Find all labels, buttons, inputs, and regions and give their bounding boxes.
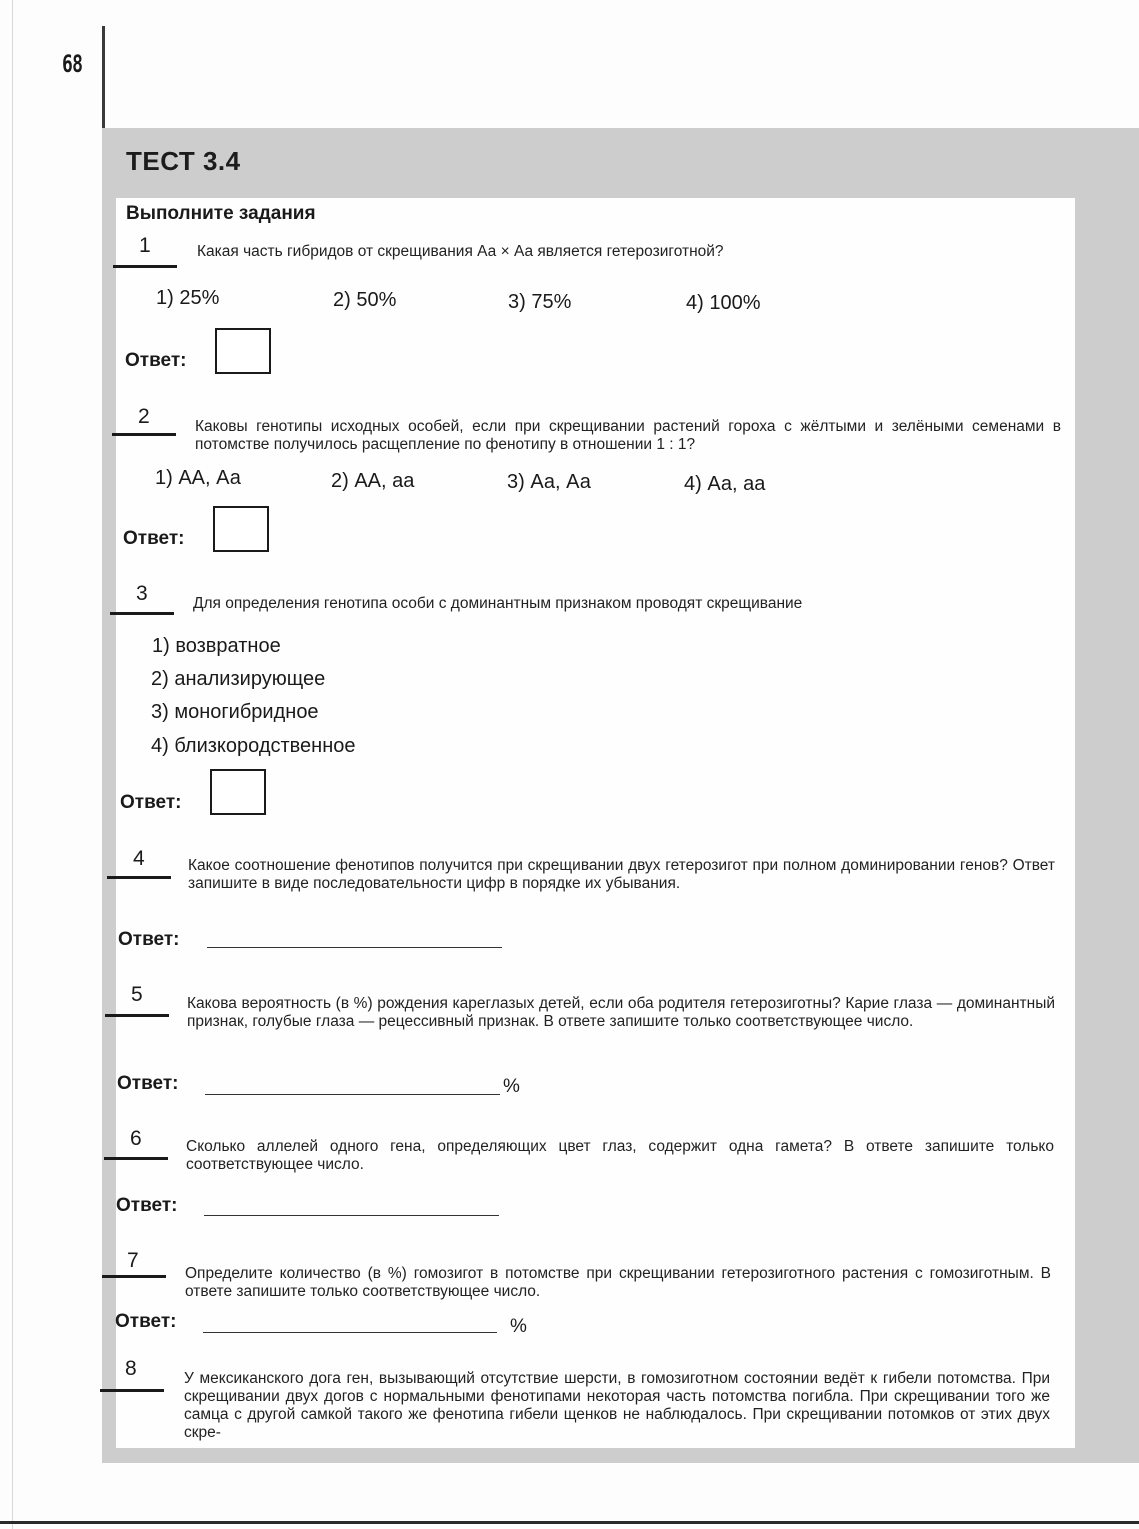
- task-underline: [104, 1157, 168, 1160]
- option[interactable]: 1) АА, Аа: [155, 467, 241, 490]
- task-underline: [113, 265, 177, 268]
- option[interactable]: 2) АА, аа: [331, 470, 414, 493]
- task-text: Каковы генотипы исходных особей, если пр…: [195, 418, 1061, 454]
- test-body: [116, 198, 1075, 1448]
- answer-box[interactable]: [210, 769, 266, 815]
- task-number: 5: [131, 983, 143, 1007]
- task-number: 7: [127, 1249, 139, 1273]
- section-title: Выполните задания: [126, 203, 316, 225]
- task-text: Определите количество (в %) гомозигот в …: [185, 1265, 1051, 1301]
- task-underline: [112, 433, 176, 436]
- answer-label: Ответ:: [123, 528, 184, 550]
- task-text: Какая часть гибридов от скрещивания Аа ×…: [197, 243, 1057, 261]
- answer-field[interactable]: [204, 1215, 499, 1216]
- answer-label: Ответ:: [125, 350, 186, 372]
- task-number: 6: [130, 1127, 142, 1151]
- option[interactable]: 3) 75%: [508, 291, 571, 314]
- option[interactable]: 4) 100%: [686, 292, 761, 315]
- answer-label: Ответ:: [120, 792, 181, 814]
- task-text: Для определения генотипа особи с доминан…: [193, 595, 1053, 613]
- page-bottom-rule: [0, 1521, 1139, 1524]
- task-number: 2: [138, 405, 150, 429]
- option[interactable]: 4) Аа, аа: [684, 473, 765, 496]
- task-number: 1: [139, 234, 151, 258]
- option[interactable]: 3) Аа, Аа: [507, 471, 591, 494]
- percent-sign: %: [510, 1316, 527, 1338]
- task-number: 8: [125, 1357, 137, 1381]
- task-number: 3: [136, 582, 148, 606]
- answer-field[interactable]: [207, 947, 502, 948]
- option[interactable]: 2) 50%: [333, 289, 396, 312]
- answer-field[interactable]: [205, 1094, 500, 1095]
- option[interactable]: 1) 25%: [156, 287, 219, 310]
- task-text: Сколько аллелей одного гена, определяющи…: [186, 1138, 1054, 1174]
- answer-label: Ответ:: [117, 1073, 178, 1095]
- scan-edge: [12, 0, 13, 1529]
- task-underline: [102, 1275, 166, 1278]
- answer-field[interactable]: [203, 1332, 497, 1333]
- task-underline: [105, 1014, 169, 1017]
- margin-rule: [102, 26, 105, 131]
- percent-sign: %: [503, 1076, 520, 1098]
- answer-label: Ответ:: [118, 929, 179, 951]
- answer-label: Ответ:: [115, 1311, 176, 1333]
- task-text: У мексиканского дога ген, вызывающий отс…: [184, 1370, 1050, 1454]
- option[interactable]: 2) анализирующее: [151, 668, 325, 691]
- test-title: ТЕСТ 3.4: [126, 146, 241, 177]
- option[interactable]: 1) возвратное: [152, 635, 281, 658]
- page-number: 68: [62, 50, 82, 78]
- task-underline: [100, 1389, 164, 1392]
- option[interactable]: 4) близкородственное: [151, 735, 356, 758]
- answer-label: Ответ:: [116, 1195, 177, 1217]
- task-text: Какова вероятность (в %) рождения карегл…: [187, 995, 1055, 1031]
- option[interactable]: 3) моногибридное: [151, 701, 319, 724]
- answer-box[interactable]: [215, 328, 271, 374]
- answer-box[interactable]: [213, 506, 269, 552]
- task-number: 4: [133, 847, 145, 871]
- task-text: Какое соотношение фенотипов получится пр…: [188, 857, 1055, 893]
- task-underline: [107, 876, 171, 879]
- task-underline: [110, 612, 174, 615]
